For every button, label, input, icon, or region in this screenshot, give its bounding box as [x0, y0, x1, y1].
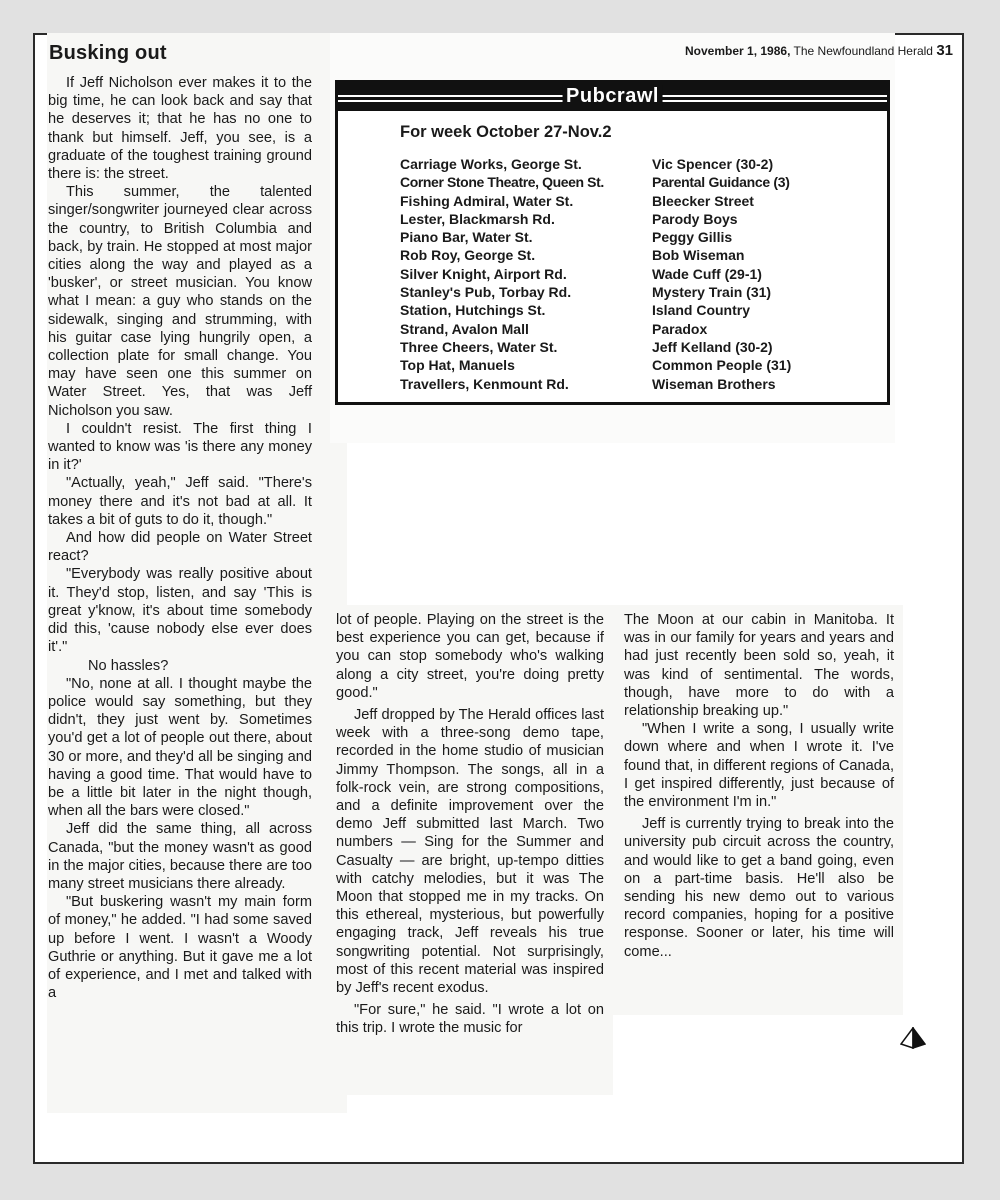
pubcrawl-title: Pubcrawl	[562, 85, 663, 108]
listing-act: Bob Wiseman	[652, 246, 744, 264]
paragraph: If Jeff Nicholson ever makes it to the b…	[48, 74, 312, 183]
issue-date: November 1, 1986,	[685, 44, 790, 58]
listing-act: Wade Cuff (29-1)	[652, 265, 762, 283]
listing-venue: Piano Bar, Water St.	[400, 228, 652, 246]
paragraph: "But buskering wasn't my main form of mo…	[48, 893, 312, 1002]
listing-venue: Carriage Works, George St.	[400, 155, 652, 173]
listing-act: Vic Spencer (30-2)	[652, 155, 773, 173]
end-of-article-pyramid-icon	[900, 1027, 926, 1049]
listing-act: Island Country	[652, 301, 750, 319]
paragraph: "For sure," he said. "I wrote a lot on t…	[336, 1001, 604, 1037]
page-masthead: November 1, 1986, The Newfoundland Heral…	[685, 42, 953, 59]
listing-venue: Fishing Admiral, Water St.	[400, 192, 652, 210]
listing-venue: Silver Knight, Airport Rd.	[400, 265, 652, 283]
paragraph: This summer, the talented singer/songwri…	[48, 183, 312, 420]
paragraph: "Everybody was really positive about it.…	[48, 565, 312, 656]
page-number: 31	[936, 42, 953, 59]
listing-row: Silver Knight, Airport Rd.Wade Cuff (29-…	[400, 265, 791, 283]
listing-row: Piano Bar, Water St.Peggy Gillis	[400, 228, 791, 246]
listing-venue: Corner Stone Theatre, Queen St.	[400, 173, 652, 191]
paragraph: "When I write a song, I usually write do…	[624, 720, 894, 811]
listing-venue: Top Hat, Manuels	[400, 356, 652, 374]
listing-row: Lester, Blackmarsh Rd.Parody Boys	[400, 210, 791, 228]
listing-act: Mystery Train (31)	[652, 283, 771, 301]
listing-act: Jeff Kelland (30-2)	[652, 338, 773, 356]
article-column-left: If Jeff Nicholson ever makes it to the b…	[48, 74, 312, 1002]
listing-row: Travellers, Kenmount Rd.Wiseman Brothers	[400, 375, 791, 393]
publication-name: The Newfoundland Herald	[794, 44, 933, 58]
listing-venue: Stanley's Pub, Torbay Rd.	[400, 283, 652, 301]
listing-venue: Rob Roy, George St.	[400, 246, 652, 264]
listing-row: Stanley's Pub, Torbay Rd.Mystery Train (…	[400, 283, 791, 301]
pubcrawl-listings: Carriage Works, George St.Vic Spencer (3…	[400, 155, 791, 393]
listing-row: Three Cheers, Water St.Jeff Kelland (30-…	[400, 338, 791, 356]
paragraph: And how did people on Water Street react…	[48, 529, 312, 565]
paragraph: Jeff is currently trying to break into t…	[624, 815, 894, 961]
listing-act: Bleecker Street	[652, 192, 754, 210]
article-headline: Busking out	[49, 42, 167, 65]
paragraph: No hassles?	[48, 657, 312, 675]
listing-act: Paradox	[652, 320, 707, 338]
listing-venue: Strand, Avalon Mall	[400, 320, 652, 338]
listing-venue: Station, Hutchings St.	[400, 301, 652, 319]
paragraph: Jeff did the same thing, all across Cana…	[48, 820, 312, 893]
paragraph: lot of people. Playing on the street is …	[336, 611, 604, 702]
paragraph: Jeff dropped by The Herald offices last …	[336, 706, 604, 997]
pubcrawl-title-bar: Pubcrawl	[338, 83, 887, 111]
paragraph: "No, none at all. I thought maybe the po…	[48, 675, 312, 821]
listing-row: Corner Stone Theatre, Queen St.Parental …	[400, 173, 791, 191]
paragraph: "Actually, yeah," Jeff said. "There's mo…	[48, 474, 312, 529]
listing-venue: Three Cheers, Water St.	[400, 338, 652, 356]
listing-venue: Lester, Blackmarsh Rd.	[400, 210, 652, 228]
pubcrawl-week: For week October 27-Nov.2	[400, 123, 612, 142]
listing-venue: Travellers, Kenmount Rd.	[400, 375, 652, 393]
paragraph: I couldn't resist. The first thing I wan…	[48, 420, 312, 475]
pubcrawl-box: Pubcrawl For week October 27-Nov.2 Carri…	[335, 80, 890, 405]
listing-act: Peggy Gillis	[652, 228, 732, 246]
article-column-right: The Moon at our cabin in Manitoba. It wa…	[624, 611, 894, 961]
paragraph: The Moon at our cabin in Manitoba. It wa…	[624, 611, 894, 720]
listing-row: Rob Roy, George St.Bob Wiseman	[400, 246, 791, 264]
listing-row: Station, Hutchings St.Island Country	[400, 301, 791, 319]
listing-act: Common People (31)	[652, 356, 791, 374]
listing-act: Parental Guidance (3)	[652, 173, 790, 191]
listing-row: Fishing Admiral, Water St.Bleecker Stree…	[400, 192, 791, 210]
listing-row: Top Hat, ManuelsCommon People (31)	[400, 356, 791, 374]
listing-act: Wiseman Brothers	[652, 375, 776, 393]
article-column-middle: lot of people. Playing on the street is …	[336, 611, 604, 1038]
listing-row: Carriage Works, George St.Vic Spencer (3…	[400, 155, 791, 173]
listing-row: Strand, Avalon MallParadox	[400, 320, 791, 338]
listing-act: Parody Boys	[652, 210, 738, 228]
